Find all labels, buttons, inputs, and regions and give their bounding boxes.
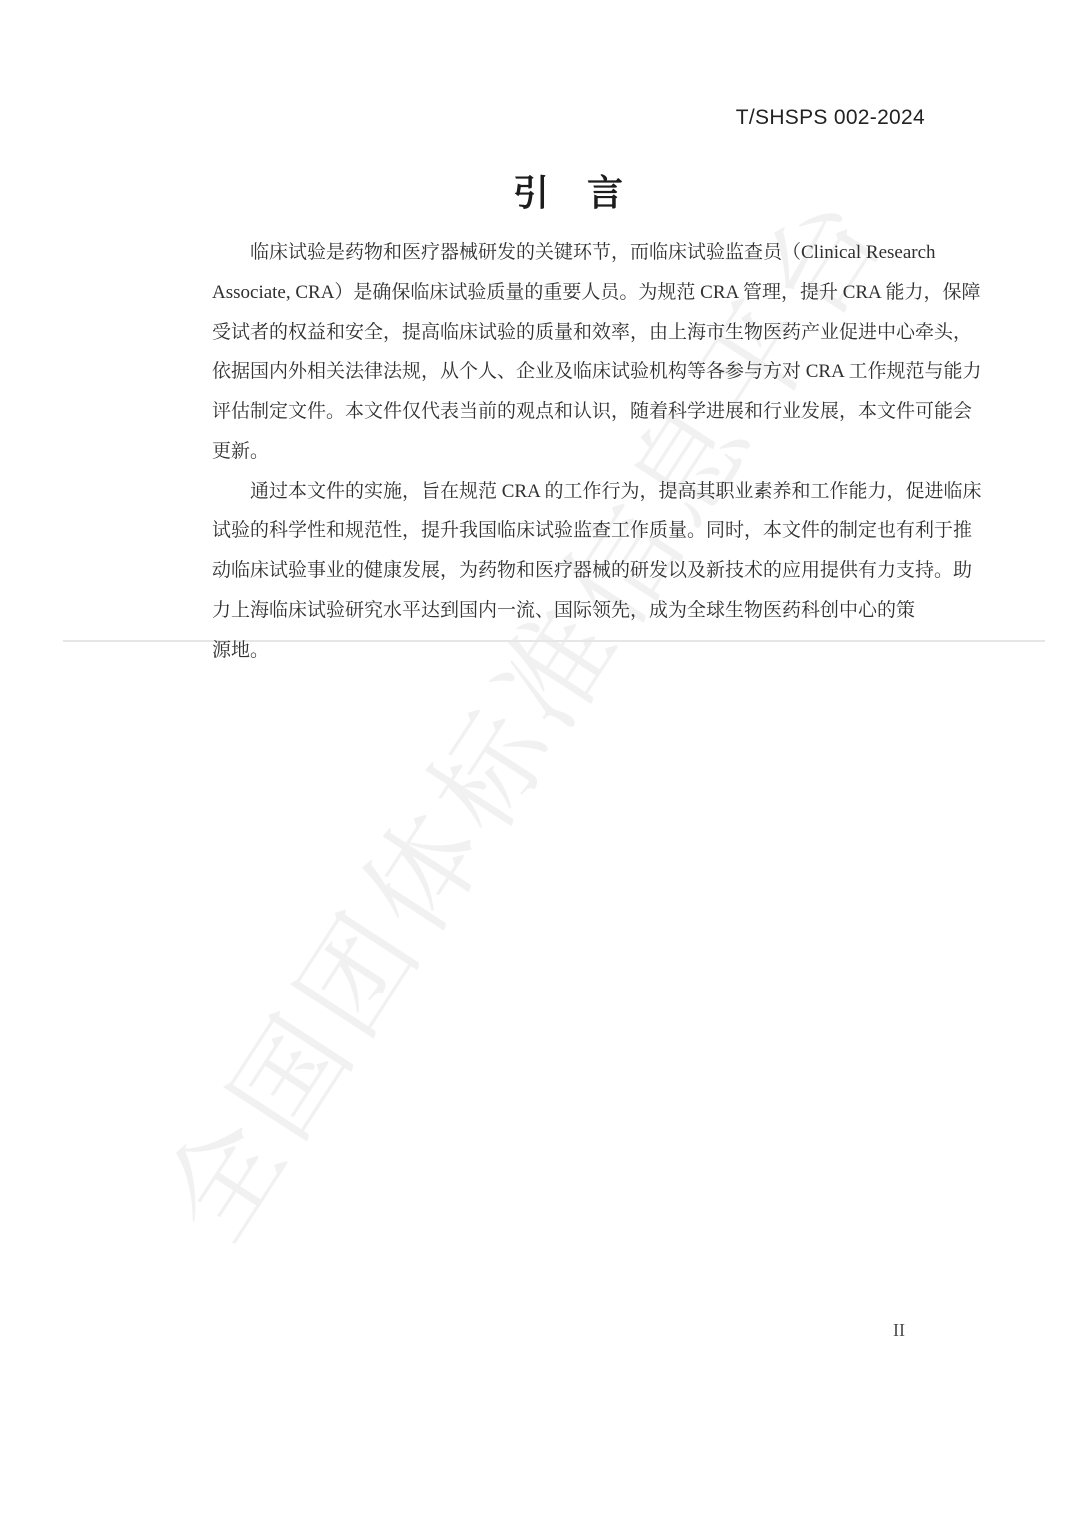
paragraph-1: 临床试验是药物和医疗器械研发的关键环节，而临床试验监查员（Clinical Re… bbox=[212, 233, 925, 472]
paragraph-line: 通过本文件的实施，旨在规范 CRA 的工作行为，提高其职业素养和工作能力，促进临… bbox=[212, 472, 925, 512]
paragraph-line: Associate, CRA）是确保临床试验质量的重要人员。为规范 CRA 管理… bbox=[212, 273, 925, 313]
document-page: 全国团体标准信息平台 T/SHSPS 002-2024 引 言 临床试验是药物和… bbox=[0, 0, 1080, 1526]
paragraph-line: 评估制定文件。本文件仅代表当前的观点和认识，随着科学进展和行业发展，本文件可能会 bbox=[212, 392, 925, 432]
body-text: 临床试验是药物和医疗器械研发的关键环节，而临床试验监查员（Clinical Re… bbox=[212, 233, 925, 670]
page-number: II bbox=[893, 1320, 905, 1341]
paragraph-line: 依据国内外相关法律法规，从个人、企业及临床试验机构等各参与方对 CRA 工作规范… bbox=[212, 352, 925, 392]
paragraph-line: 试验的科学性和规范性，提升我国临床试验监查工作质量。同时，本文件的制定也有利于推 bbox=[212, 511, 925, 551]
document-code: T/SHSPS 002-2024 bbox=[736, 106, 925, 130]
paragraph-line: 力上海临床试验研究水平达到国内一流、国际领先，成为全球生物医药科创中心的策源地。 bbox=[212, 591, 925, 671]
page-title: 引 言 bbox=[212, 165, 925, 216]
paragraph-line: 受试者的权益和安全，提高临床试验的质量和效率，由上海市生物医药产业促进中心牵头， bbox=[212, 313, 925, 353]
paragraph-line: 动临床试验事业的健康发展，为药物和医疗器械的研发以及新技术的应用提供有力支持。助 bbox=[212, 551, 925, 591]
paragraph-2: 通过本文件的实施，旨在规范 CRA 的工作行为，提高其职业素养和工作能力，促进临… bbox=[212, 472, 925, 671]
paragraph-line: 更新。 bbox=[212, 432, 925, 472]
paragraph-line: 临床试验是药物和医疗器械研发的关键环节，而临床试验监查员（Clinical Re… bbox=[212, 233, 925, 273]
